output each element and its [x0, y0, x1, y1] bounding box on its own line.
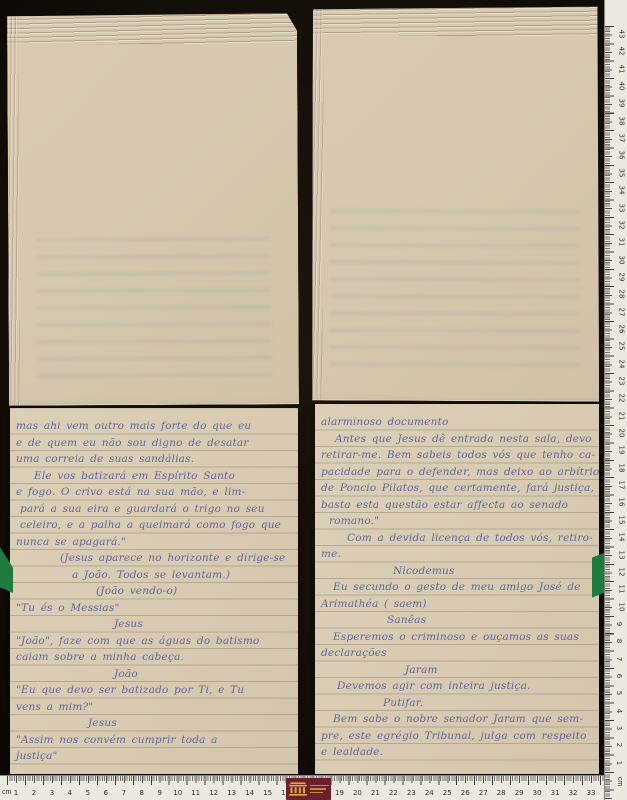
ruler-number: 9 — [615, 622, 623, 626]
right-page-written: alarminoso documentoAntes que Jesus dê e… — [315, 404, 599, 774]
page-stack-edges-side — [311, 5, 324, 399]
handwriting-line: João — [10, 666, 298, 683]
handwriting-line: retirar-me. Bem sabeis todos vós que ten… — [315, 447, 599, 464]
handwriting-line: Esperemos o criminoso e ouçamos as suas — [315, 629, 599, 646]
ruler-number: 26 — [617, 324, 625, 333]
ruler-number: 11 — [191, 789, 200, 797]
handwriting-line: "Eu que devo ser batizado por Ti, e Tu — [10, 682, 298, 699]
handwriting-line: Devemos agir com inteira justiça. — [315, 678, 599, 695]
ruler-number: 5 — [615, 691, 623, 695]
ruler-number: 1 — [14, 789, 18, 797]
handwriting-line: vens a mim?" — [10, 699, 298, 716]
ruler-number: 7 — [122, 789, 126, 797]
ruler-number: 29 — [617, 272, 625, 281]
ruler-number: 22 — [389, 789, 398, 797]
ruler-number: 24 — [617, 359, 625, 368]
page-stack-edges — [7, 13, 297, 45]
handwriting-line: Com a devida licença de todos vós, retir… — [315, 530, 599, 547]
handwriting-line: Jesus — [10, 616, 298, 633]
ruler-number: 13 — [227, 789, 236, 797]
handwriting-line: Nicodemus — [315, 563, 599, 580]
ruler-unit-label-vertical: cm — [616, 777, 623, 786]
ruler-number: 3 — [50, 789, 54, 797]
ruler-number: 28 — [617, 290, 625, 299]
ruler-number: 6 — [615, 674, 623, 678]
left-page-written: mas ahi vem outro mais forte do que eue … — [10, 408, 298, 774]
ruler-number: 19 — [335, 789, 344, 797]
handwriting-line: e lealdade. — [315, 744, 599, 761]
ruler-number: 8 — [615, 639, 623, 643]
ruler-number: 22 — [617, 394, 625, 403]
ruler-number: 26 — [461, 789, 470, 797]
ruler-number: 14 — [245, 789, 254, 797]
handwriting-line: celeiro, e a palha a queimará como fogo … — [10, 517, 298, 534]
ruler-number: 21 — [617, 411, 625, 420]
ruler-number: 28 — [497, 789, 506, 797]
ruler-number: 12 — [617, 567, 625, 576]
ruler-number: 32 — [569, 789, 578, 797]
handwriting-line: Putifar. — [315, 695, 599, 712]
ruler-number: 15 — [263, 789, 272, 797]
ruler-number: 2 — [615, 743, 623, 747]
ruler-number: 1 — [615, 760, 623, 764]
ruler-number: 20 — [353, 789, 362, 797]
handwriting-line: me. — [315, 546, 599, 563]
ruler-number: 27 — [479, 789, 488, 797]
right-page-blank-stack — [311, 5, 601, 401]
handwriting-line: (Jesus aparece no horizonte e dirige-se — [10, 550, 298, 567]
ruler-number: 13 — [617, 550, 625, 559]
ruler-number: 42 — [617, 47, 625, 56]
handwriting-line: nunca se apagará." — [10, 534, 298, 551]
handwriting-line: "Assim nos convém cumprir toda a — [10, 732, 298, 749]
handwriting-line: basta esta questão estar affecta ao sena… — [315, 497, 599, 514]
ruler-number: 17 — [617, 481, 625, 490]
ruler-number: 35 — [617, 168, 625, 177]
handwriting-line: Jesus — [10, 715, 298, 732]
ruler-number: 12 — [209, 789, 218, 797]
ruler-number: 8 — [140, 789, 144, 797]
ruler-number: 33 — [587, 789, 596, 797]
ruler-number: 25 — [443, 789, 452, 797]
handwriting-line: caiam sobre a minha cabeça. — [10, 649, 298, 666]
ruler-number: 19 — [617, 446, 625, 455]
ruler-number: 15 — [617, 515, 625, 524]
handwriting-line: a João. Todos se levantam.) — [10, 567, 298, 584]
archive-logo — [286, 778, 331, 800]
handwriting-line: de Poncio Pilatos, que certamente, fará … — [315, 480, 599, 497]
handwriting-line: alarminoso documento — [315, 414, 599, 431]
ruler-number: 32 — [617, 220, 625, 229]
handwriting-line: Antes que Jesus dê entrada nesta sala, d… — [315, 431, 599, 448]
ruler-number: 2 — [32, 789, 36, 797]
ruler-number: 29 — [515, 789, 524, 797]
ruler-number: 31 — [617, 238, 625, 247]
ruler-number: 33 — [617, 203, 625, 212]
ruler-number: 30 — [533, 789, 542, 797]
ruler-number: 6 — [104, 789, 108, 797]
handwriting-line: uma correia de suas sandálias. — [10, 451, 298, 468]
ruler-number: 21 — [371, 789, 380, 797]
ruler-number: 4 — [615, 708, 623, 712]
handwriting-line: e fogo. O crivo está na sua mão, e lim- — [10, 484, 298, 501]
ruler-number: 9 — [158, 789, 162, 797]
ruler-number: 5 — [86, 789, 90, 797]
ruler-number: 11 — [617, 585, 625, 594]
ruler-number: 23 — [407, 789, 416, 797]
logo-text-lines — [310, 785, 329, 794]
ruler-number: 37 — [617, 134, 625, 143]
handwriting-line: pacidade para o defender, mas deixo ao a… — [315, 464, 599, 481]
handwriting-line: Ele vos batizará em Espírito Santo — [10, 468, 298, 485]
ruler-number: 34 — [617, 186, 625, 195]
ruler-number: 38 — [617, 116, 625, 125]
handwriting-line: Sanêas — [315, 612, 599, 629]
handwriting-line: pre, este egrégio Tribunal, julga com re… — [315, 728, 599, 745]
ruler-number: 20 — [617, 429, 625, 438]
page-stack-edges-side — [7, 15, 20, 405]
handwriting-line: mas ahi vem outro mais forte do que eu — [10, 418, 298, 435]
handwriting-line: declarações — [315, 645, 599, 662]
ruler-number: 31 — [551, 789, 560, 797]
bottom-ruler: cm 1234567891011121314151619202122232425… — [0, 775, 612, 800]
handwriting-line: "João", faze com que as águas do batismo — [10, 633, 298, 650]
ruler-number: 23 — [617, 377, 625, 386]
ruler-number: 3 — [615, 726, 623, 730]
ruler-number: 39 — [617, 99, 625, 108]
left-page-blank-stack — [7, 13, 299, 406]
handwriting-line: e de quem eu não sou digno de desatar — [10, 435, 298, 452]
manuscript-photo: mas ahi vem outro mais forte do que eue … — [0, 0, 627, 800]
ruler-number: 27 — [617, 307, 625, 316]
ruler-number: 43 — [617, 30, 625, 39]
ruler-number: 7 — [615, 656, 623, 660]
ink-bleed-through — [329, 200, 580, 376]
handwriting-line: pará a sua eira e guardará o trigo no se… — [10, 501, 298, 518]
ruler-number: 18 — [617, 463, 625, 472]
ruler-unit-label: cm — [2, 789, 11, 796]
ruler-number: 24 — [425, 789, 434, 797]
handwriting-line: "Tu és o Messias" — [10, 600, 298, 617]
ruler-number: 40 — [617, 82, 625, 91]
ruler-number: 14 — [617, 533, 625, 542]
handwriting-line: romano." — [315, 513, 599, 530]
library-building-icon — [288, 781, 308, 797]
handwriting-line: Arimathéa ( saem) — [315, 596, 599, 613]
ruler-number: 16 — [617, 498, 625, 507]
ruler-number: 4 — [68, 789, 72, 797]
ruler-number: 30 — [617, 255, 625, 264]
page-stack-edges — [313, 5, 601, 36]
handwriting-line: (João vendo-o) — [10, 583, 298, 600]
ruler-number: 36 — [617, 151, 625, 160]
ruler-number: 41 — [617, 64, 625, 73]
handwriting-line: justiça" — [10, 748, 298, 765]
handwriting-line: Jaram — [315, 662, 599, 679]
handwriting-line: Bem sabe o nobre senador Jaram que sem- — [315, 711, 599, 728]
handwriting-line: Eu secundo o gesto de meu amigo José de — [315, 579, 599, 596]
right-ruler: 4342414039383736353433323130292827262524… — [604, 0, 627, 800]
ruler-number: 25 — [617, 342, 625, 351]
ruler-number: 10 — [173, 789, 182, 797]
ruler-number: 10 — [617, 602, 625, 611]
ink-bleed-through — [36, 228, 272, 379]
